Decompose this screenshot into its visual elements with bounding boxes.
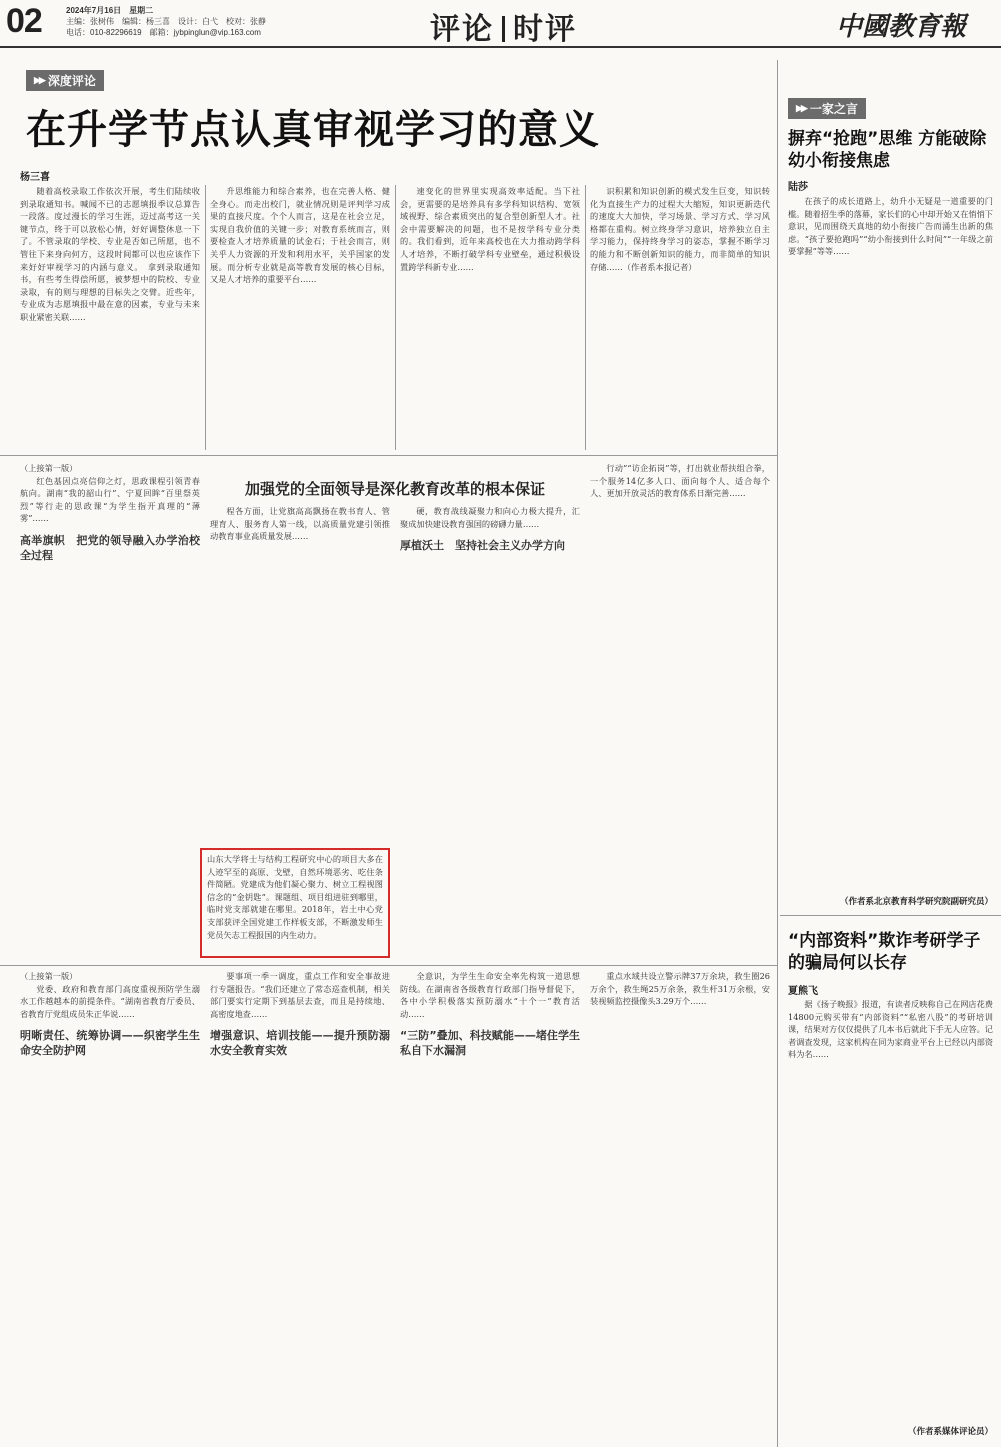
newspaper-brand: 中國教育報 xyxy=(836,6,966,43)
middle-subhead-2: 厚植沃土 坚持社会主义办学方向 xyxy=(400,538,580,553)
lower-column-2: 要事项一季一调度，重点工作和安全事故进行专题报告。“我们还建立了常态巡查机制，相… xyxy=(210,970,390,1440)
middle-headline: 加强党的全面领导是深化教育改革的根本保证 xyxy=(210,478,580,499)
sidebar-bottom-author: 夏熊飞 xyxy=(788,982,818,997)
main-column-3: 速变化的世界里实现高效率适配。当下社会，更需要的是培养具有多学科知识结构、宽领域… xyxy=(400,185,580,450)
main-column-4: 识积累和知识创新的模式发生巨变，知识转化为直接生产力的过程大大缩短，知识更新迭代… xyxy=(590,185,770,450)
lower-subhead-3: “三防”叠加、科技赋能——堵住学生私自下水漏洞 xyxy=(400,1028,580,1058)
double-arrow-icon: ▶▶ xyxy=(796,103,806,114)
continued-marker: （上接第一版） xyxy=(20,970,200,983)
main-author: 杨三喜 xyxy=(20,168,50,183)
divider xyxy=(585,185,586,450)
double-arrow-icon: ▶▶ xyxy=(34,75,44,86)
middle-column-3: 硬，教育战线凝聚力和向心力极大提升，汇聚成加快建设教育强国的磅礴力量…… 厚植沃… xyxy=(400,505,580,960)
sidebar-top-body: 在孩子的成长道路上，幼升小无疑是一道重要的门槛。随着招生季的落幕，家长们的心中却… xyxy=(788,195,993,890)
editors: 主编：张树伟 编辑：杨三喜 设计：白弋 校对：张静 xyxy=(66,16,396,27)
middle-subhead-1: 高举旗帜 把党的领导融入办学治校全过程 xyxy=(20,533,200,563)
sidebar-top-headline: 摒弃“抢跑”思维 方能破除幼小衔接焦虑 xyxy=(788,128,993,172)
section-divider xyxy=(502,16,505,42)
highlighted-passage: 山东大学将士与结构工程研究中心的项目大多在人迹罕至的高原、戈壁，自然环境恶劣、吃… xyxy=(200,848,390,958)
sidebar-bottom-footer: （作者系媒体评论员） xyxy=(788,1425,993,1437)
lower-column-1: （上接第一版） 党委、政府和教育部门高度重视预防学生溺水工作越越本的前提条件。“… xyxy=(20,970,200,1440)
middle-column-4: 行动”“访企拓岗”等，打出就业帮扶组合拳，一个服务14亿多人口、面向每个人、适合… xyxy=(590,462,770,960)
section-subname: 时评 xyxy=(513,12,577,47)
section-divider-line xyxy=(0,455,777,456)
sidebar-divider-line xyxy=(780,915,1001,916)
divider xyxy=(395,185,396,450)
sidebar-top-footer: （作者系北京教育科学研究院副研究员） xyxy=(788,895,993,907)
sidebar-bottom-headline: “内部资料”欺诈考研学子的骗局何以长存 xyxy=(788,930,993,974)
sidebar-top-author: 陆莎 xyxy=(788,178,808,193)
lower-subhead-1: 明晰责任、统筹协调——织密学生生命安全防护网 xyxy=(20,1028,200,1058)
middle-column-2: 程各方面，让党旗高高飘扬在教书育人、管理育人、服务育人第一线，以高质量党建引领推… xyxy=(210,505,390,840)
lower-column-3: 全意识，为学生生命安全率先构筑一道思想防线。在湖南省各级教育行政部门指导督促下，… xyxy=(400,970,580,1440)
main-column-2: 升思维能力和综合素养，也在完善人格、健全身心。而走出校门，就业情况则是评判学习成… xyxy=(210,185,390,450)
section-name: 评论 xyxy=(430,12,494,47)
deep-commentary-tag: ▶▶ 深度评论 xyxy=(26,70,104,91)
section-divider-line xyxy=(0,965,777,966)
lower-column-4: 重点水域共设立警示牌37万余块，救生圈26万余个，救生绳25万余条，救生杆31万… xyxy=(590,970,770,1440)
masthead-meta: 2024年7月16日 星期二 主编：张树伟 编辑：杨三喜 设计：白弋 校对：张静… xyxy=(66,5,396,38)
lower-subhead-2: 增强意识、培训技能——提升预防溺水安全教育实效 xyxy=(210,1028,390,1058)
sidebar-bottom-body: 据《扬子晚报》报道，有读者反映称自己在网店花费14800元购买带有“内部资料”“… xyxy=(788,998,993,1418)
middle-column-1: （上接第一版） 红色基因点亮信仰之灯，思政课程引领青春航向。湖南“我的韶山行”、… xyxy=(20,462,200,962)
main-headline: 在升学节点认真审视学习的意义 xyxy=(26,98,600,155)
divider xyxy=(205,185,206,450)
section-title: 评论时评 xyxy=(430,4,577,48)
date: 2024年7月16日 星期二 xyxy=(66,5,396,16)
continued-marker: （上接第一版） xyxy=(20,462,200,475)
opinion-tag: ▶▶ 一家之言 xyxy=(788,98,866,119)
page-number: 02 xyxy=(6,2,42,41)
contact: 电话：010-82296619 邮箱：jybpinglun@vip.163.co… xyxy=(66,27,396,38)
sidebar-divider xyxy=(777,60,778,1447)
main-column-1: 随着高校录取工作依次开展，考生们陆续收到录取通知书。喊闻不已的志愿填报季议总算告… xyxy=(20,185,200,450)
